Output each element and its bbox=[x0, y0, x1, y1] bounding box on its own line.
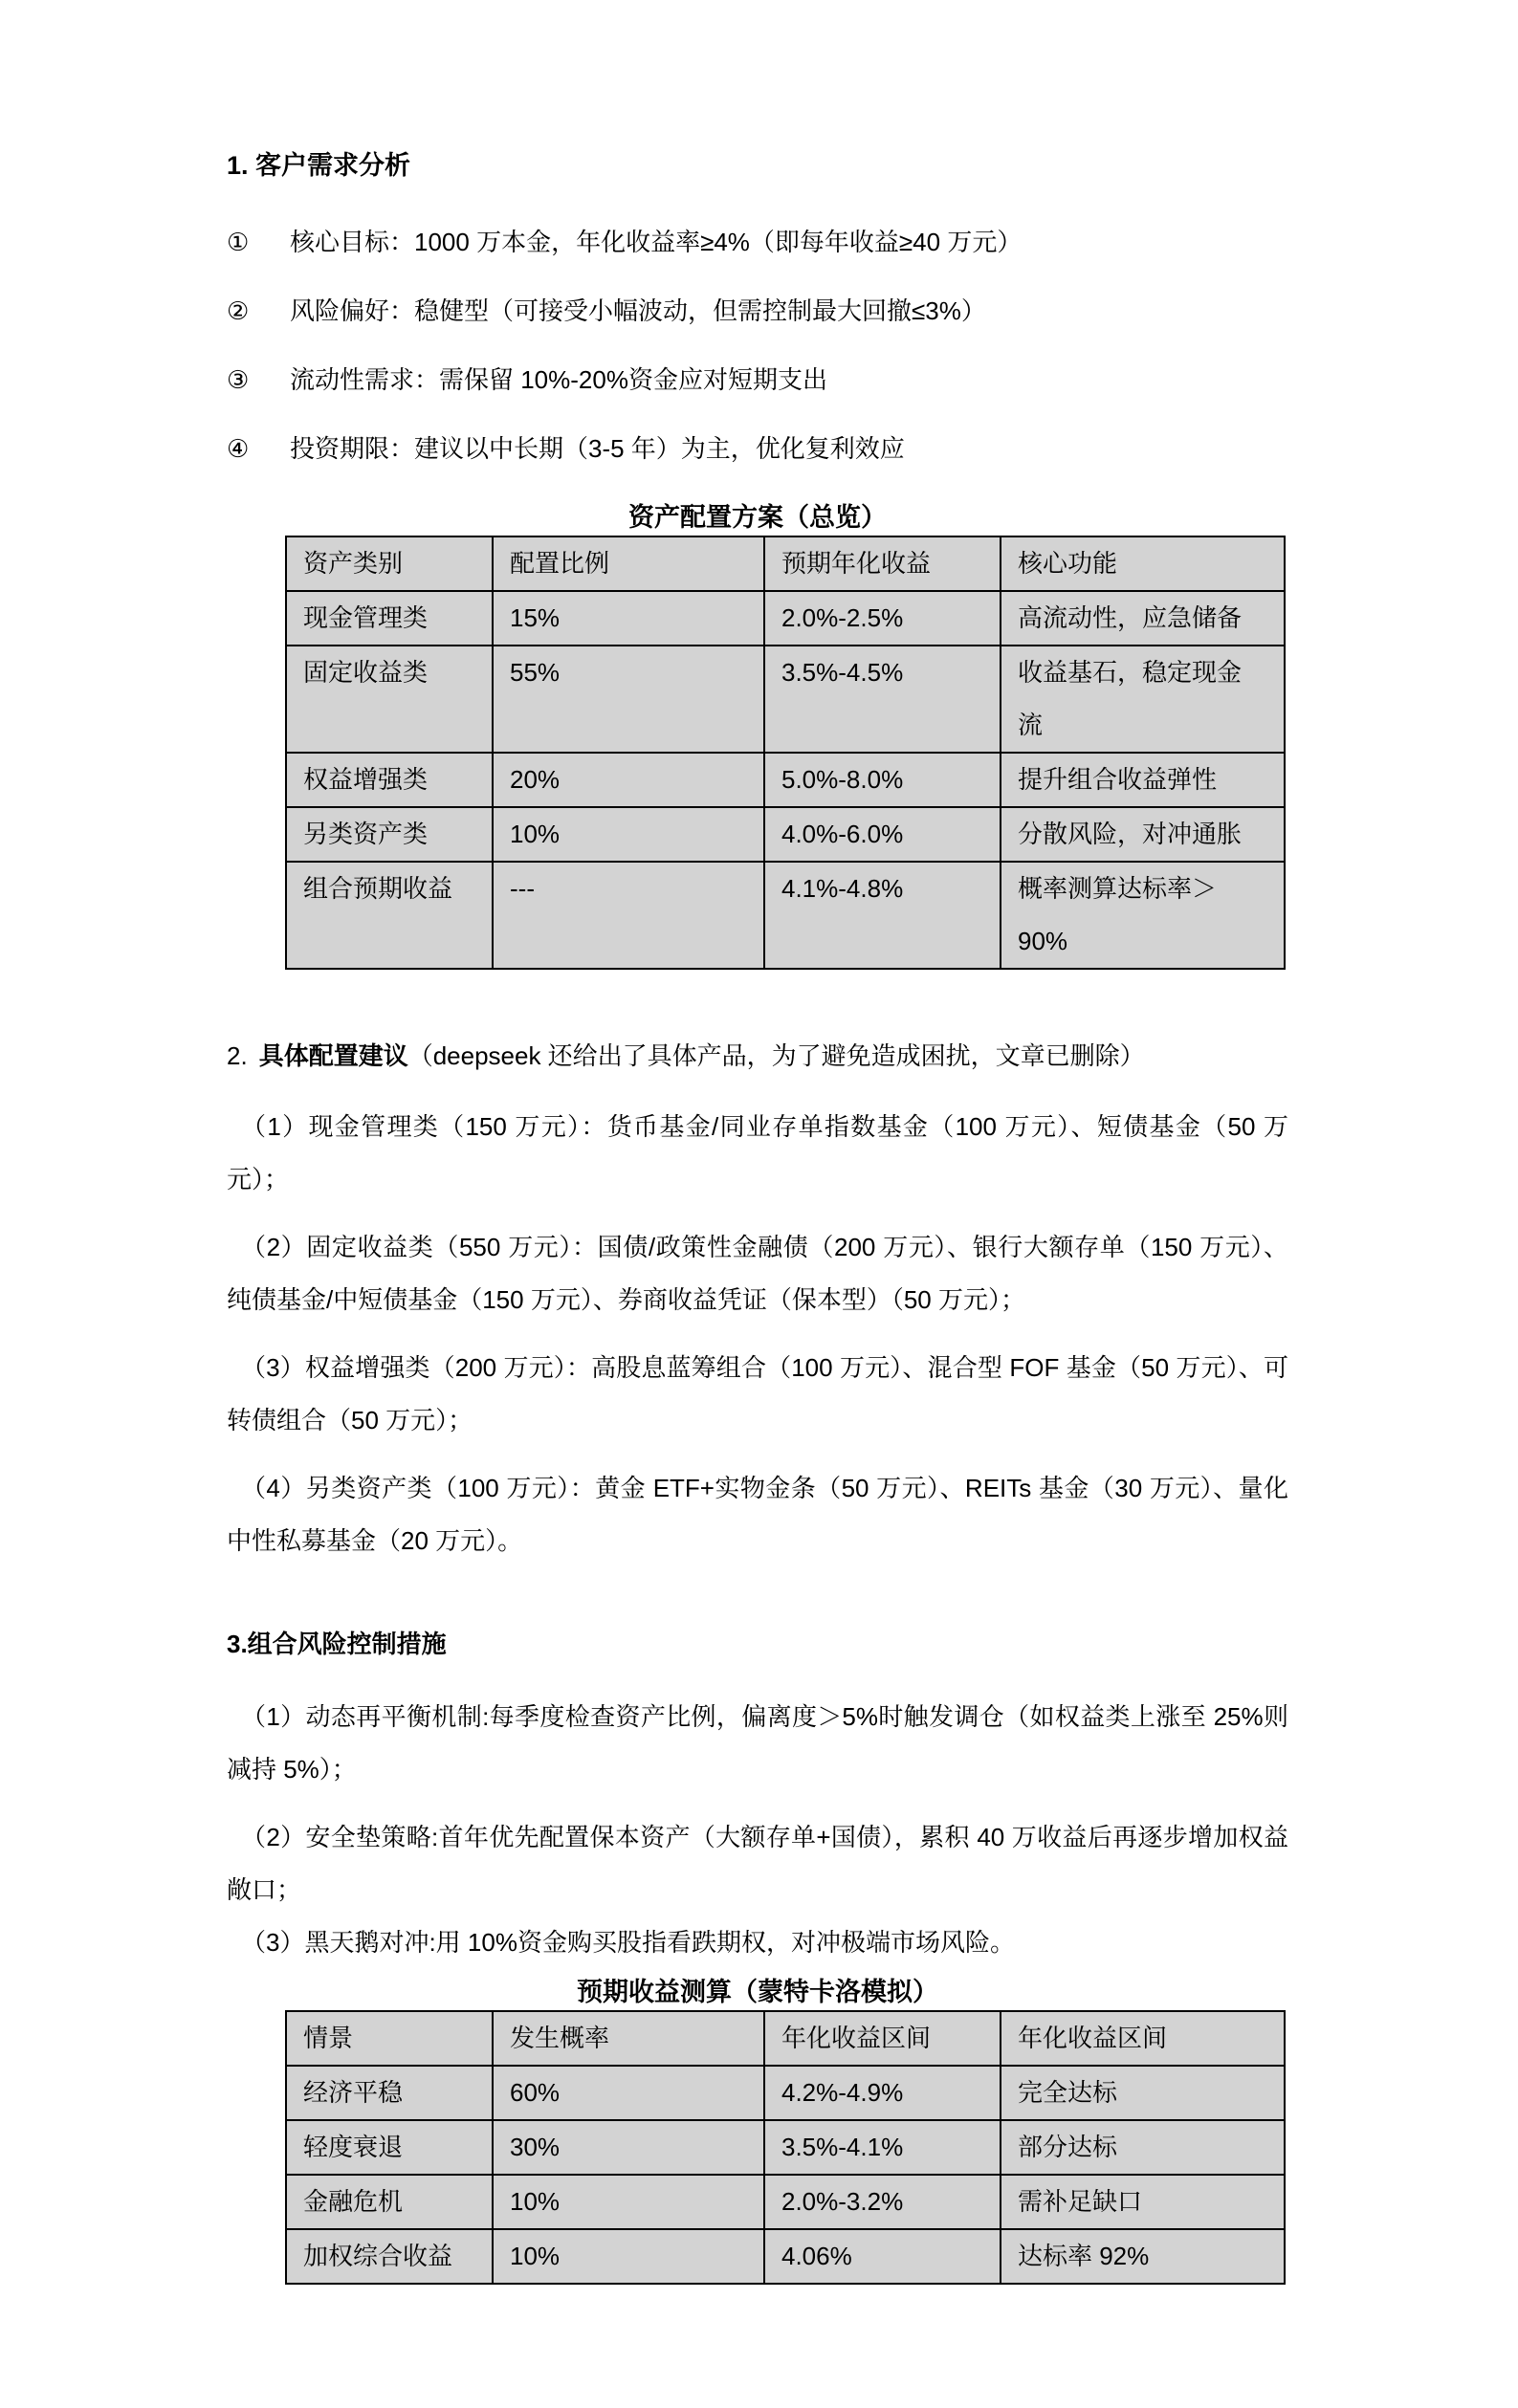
table-cell: --- bbox=[493, 862, 764, 969]
table-cell: 3.5%-4.5% bbox=[764, 646, 1001, 753]
circled-number-4: ④ bbox=[227, 433, 290, 465]
document-body: 1. 客户需求分析 ①核心目标：1000 万本金，年化收益率≥4%（即每年收益≥… bbox=[227, 150, 1288, 2285]
table-cell: 达标率 92% bbox=[1001, 2229, 1285, 2284]
table-header-row: 资产类别 配置比例 预期年化收益 核心功能 bbox=[286, 536, 1285, 591]
allocation-table-title: 资产配置方案（总览） bbox=[227, 502, 1288, 534]
column-header: 发生概率 bbox=[493, 2011, 764, 2066]
column-header: 预期年化收益 bbox=[764, 536, 1001, 591]
allocation-table: 资产类别 配置比例 预期年化收益 核心功能 现金管理类 15% 2.0%-2.5… bbox=[285, 536, 1286, 970]
table-cell: 4.1%-4.8% bbox=[764, 862, 1001, 969]
section2-heading-bold: 具体配置建议 bbox=[259, 1041, 408, 1070]
table-cell: 4.2%-4.9% bbox=[764, 2066, 1001, 2120]
table-cell: 另类资产类 bbox=[286, 807, 493, 862]
list-item-liquidity-need: ③流动性需求：需保留 10%-20%资金应对短期支出 bbox=[227, 364, 1288, 396]
list-item-investment-horizon: ④投资期限：建议以中长期（3-5 年）为主，优化复利效应 bbox=[227, 433, 1288, 465]
section2-number: 2. bbox=[227, 1041, 248, 1070]
table-cell: 3.5%-4.1% bbox=[764, 2120, 1001, 2175]
table-cell: 经济平稳 bbox=[286, 2066, 493, 2120]
section1-heading: 1. 客户需求分析 bbox=[227, 150, 1288, 182]
table-cell: 4.06% bbox=[764, 2229, 1001, 2284]
table-row: 轻度衰退 30% 3.5%-4.1% 部分达标 bbox=[286, 2120, 1285, 2175]
simulation-table: 情景 发生概率 年化收益区间 年化收益区间 经济平稳 60% 4.2%-4.9%… bbox=[285, 2010, 1286, 2285]
table-cell: 收益基石，稳定现金流 bbox=[1001, 646, 1285, 753]
paragraph-alternative-assets: （4）另类资产类（100 万元）：黄金 ETF+实物金条（50 万元）、REIT… bbox=[227, 1462, 1288, 1567]
table-cell: 2.0%-3.2% bbox=[764, 2175, 1001, 2229]
column-header: 资产类别 bbox=[286, 536, 493, 591]
table-row: 固定收益类 55% 3.5%-4.5% 收益基石，稳定现金流 bbox=[286, 646, 1285, 753]
table-cell: 10% bbox=[493, 2175, 764, 2229]
circled-number-1: ① bbox=[227, 227, 290, 258]
list-item-core-goal: ①核心目标：1000 万本金，年化收益率≥4%（即每年收益≥40 万元） bbox=[227, 227, 1288, 258]
table-cell: 提升组合收益弹性 bbox=[1001, 753, 1285, 807]
section2-heading: 2.具体配置建议（deepseek 还给出了具体产品，为了避免造成困扰，文章已删… bbox=[227, 1040, 1288, 1072]
simulation-table-title: 预期收益测算（蒙特卡洛模拟） bbox=[227, 1977, 1288, 2008]
table-cell: 分散风险，对冲通胀 bbox=[1001, 807, 1285, 862]
paragraph-safety-cushion: （2）安全垫策略:首年优先配置保本资产（大额存单+国债），累积 40 万收益后再… bbox=[227, 1811, 1288, 1916]
paragraph-fixed-income: （2）固定收益类（550 万元）：国债/政策性金融债（200 万元）、银行大额存… bbox=[227, 1221, 1288, 1326]
column-header: 情景 bbox=[286, 2011, 493, 2066]
table-header-row: 情景 发生概率 年化收益区间 年化收益区间 bbox=[286, 2011, 1285, 2066]
table-cell: 需补足缺口 bbox=[1001, 2175, 1285, 2229]
table-cell: 高流动性，应急储备 bbox=[1001, 591, 1285, 646]
table-cell: 部分达标 bbox=[1001, 2120, 1285, 2175]
table-row: 金融危机 10% 2.0%-3.2% 需补足缺口 bbox=[286, 2175, 1285, 2229]
table-cell: 10% bbox=[493, 807, 764, 862]
list-item-risk-preference: ②风险偏好：稳健型（可接受小幅波动，但需控制最大回撤≤3%） bbox=[227, 296, 1288, 327]
list-item-text: 投资期限：建议以中长期（3-5 年）为主，优化复利效应 bbox=[290, 434, 905, 463]
table-cell: 固定收益类 bbox=[286, 646, 493, 753]
section3-heading: 3.组合风险控制措施 bbox=[227, 1629, 1288, 1660]
column-header: 年化收益区间 bbox=[764, 2011, 1001, 2066]
table-cell: 加权综合收益 bbox=[286, 2229, 493, 2284]
document-page: { "colors": { "page_bg": "#ffffff", "tab… bbox=[0, 0, 1518, 2408]
section2-heading-note: （deepseek 还给出了具体产品，为了避免造成困扰，文章已删除） bbox=[408, 1041, 1145, 1070]
table-cell: 15% bbox=[493, 591, 764, 646]
table-cell: 55% bbox=[493, 646, 764, 753]
table-row: 经济平稳 60% 4.2%-4.9% 完全达标 bbox=[286, 2066, 1285, 2120]
table-cell: 金融危机 bbox=[286, 2175, 493, 2229]
list-item-text: 流动性需求：需保留 10%-20%资金应对短期支出 bbox=[290, 365, 827, 394]
table-cell: 2.0%-2.5% bbox=[764, 591, 1001, 646]
paragraph-black-swan-hedge: （3）黑天鹅对冲:用 10%资金购买股指看跌期权，对冲极端市场风险。 bbox=[227, 1916, 1288, 1969]
circled-number-3: ③ bbox=[227, 364, 290, 396]
table-cell: 权益增强类 bbox=[286, 753, 493, 807]
table-cell: 60% bbox=[493, 2066, 764, 2120]
list-item-text: 风险偏好：稳健型（可接受小幅波动，但需控制最大回撤≤3%） bbox=[290, 296, 986, 325]
table-row: 权益增强类 20% 5.0%-8.0% 提升组合收益弹性 bbox=[286, 753, 1285, 807]
table-row: 现金管理类 15% 2.0%-2.5% 高流动性，应急储备 bbox=[286, 591, 1285, 646]
paragraph-cash-management: （1）现金管理类（150 万元）：货币基金/同业存单指数基金（100 万元）、短… bbox=[227, 1101, 1288, 1206]
paragraph-rebalancing: （1）动态再平衡机制:每季度检查资产比例，偏离度＞5%时触发调仓（如权益类上涨至… bbox=[227, 1691, 1288, 1796]
table-row: 另类资产类 10% 4.0%-6.0% 分散风险，对冲通胀 bbox=[286, 807, 1285, 862]
table-cell: 完全达标 bbox=[1001, 2066, 1285, 2120]
column-header: 年化收益区间 bbox=[1001, 2011, 1285, 2066]
table-cell: 30% bbox=[493, 2120, 764, 2175]
circled-number-2: ② bbox=[227, 296, 290, 327]
column-header: 配置比例 bbox=[493, 536, 764, 591]
table-cell: 20% bbox=[493, 753, 764, 807]
table-cell: 组合预期收益 bbox=[286, 862, 493, 969]
table-cell: 10% bbox=[493, 2229, 764, 2284]
table-cell: 5.0%-8.0% bbox=[764, 753, 1001, 807]
table-row: 组合预期收益 --- 4.1%-4.8% 概率测算达标率＞90% bbox=[286, 862, 1285, 969]
table-cell: 轻度衰退 bbox=[286, 2120, 493, 2175]
column-header: 核心功能 bbox=[1001, 536, 1285, 591]
requirement-list: ①核心目标：1000 万本金，年化收益率≥4%（即每年收益≥40 万元） ②风险… bbox=[227, 227, 1288, 465]
table-cell: 4.0%-6.0% bbox=[764, 807, 1001, 862]
table-cell: 概率测算达标率＞90% bbox=[1001, 862, 1285, 969]
table-cell: 现金管理类 bbox=[286, 591, 493, 646]
list-item-text: 核心目标：1000 万本金，年化收益率≥4%（即每年收益≥40 万元） bbox=[290, 228, 1022, 256]
paragraph-equity-enhanced: （3）权益增强类（200 万元）：高股息蓝筹组合（100 万元）、混合型 FOF… bbox=[227, 1342, 1288, 1447]
table-row: 加权综合收益 10% 4.06% 达标率 92% bbox=[286, 2229, 1285, 2284]
